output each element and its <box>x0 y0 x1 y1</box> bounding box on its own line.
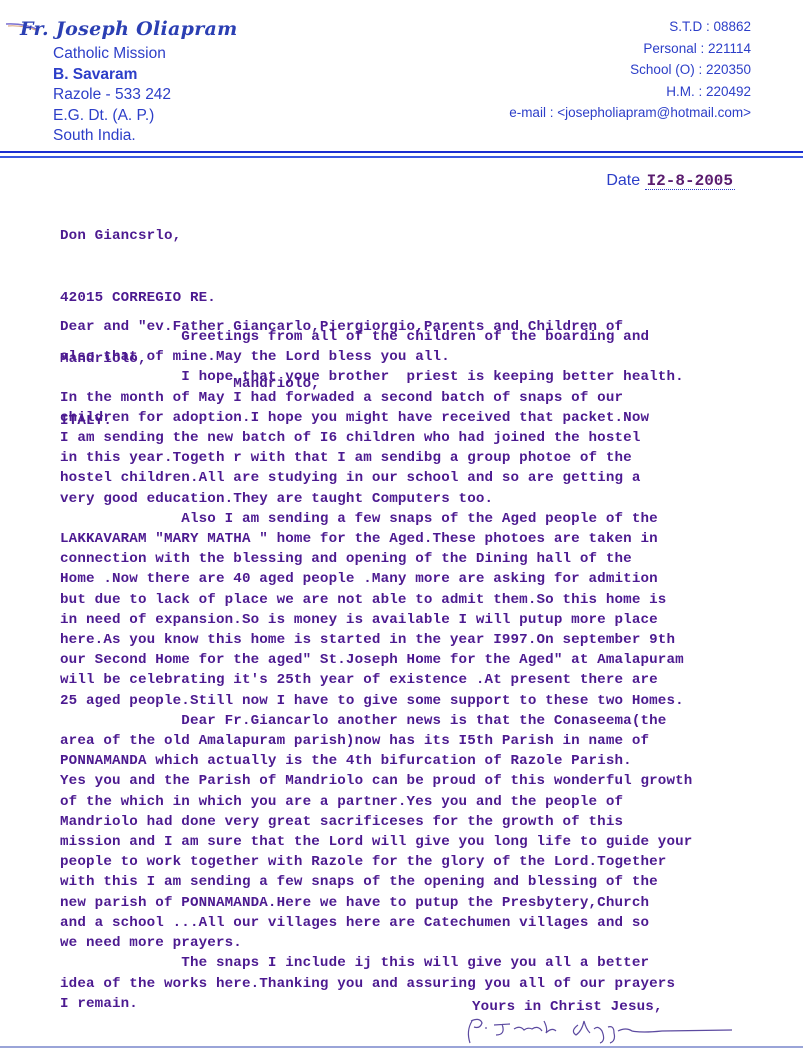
body-line: with this I am sending a few snaps of th… <box>60 872 692 892</box>
sender-address: Catholic Mission B. Savaram Razole - 533… <box>53 44 171 147</box>
sender-name: Fr. Joseph Oliapram <box>20 18 238 40</box>
body-line: people to work together with Razole for … <box>60 852 692 872</box>
body-line: Home .Now there are 40 aged people .Many… <box>60 569 692 589</box>
body-line: I hope that youe brother priest is keepi… <box>60 367 692 387</box>
body-line: and a school ...All our villages here ar… <box>60 913 692 933</box>
header-divider <box>0 151 803 153</box>
std-code: S.T.D : 08862 <box>509 16 751 38</box>
body-line: in this year.Togeth r with that I am sen… <box>60 448 692 468</box>
address-line: Razole - 533 242 <box>53 85 171 106</box>
body-line: here.As you know this home is started in… <box>60 630 692 650</box>
body-line: connection with the blessing and opening… <box>60 549 692 569</box>
body-line: new parish of PONNAMANDA.Here we have to… <box>60 893 692 913</box>
body-line: we need more prayers. <box>60 933 692 953</box>
address-line: Catholic Mission <box>53 44 171 65</box>
body-line: Greetings from all of the children of th… <box>60 327 692 347</box>
body-line: idea of the works here.Thanking you and … <box>60 974 692 994</box>
body-line: our Second Home for the aged" St.Joseph … <box>60 650 692 670</box>
closing: Yours in Christ Jesus, <box>472 999 663 1015</box>
school-phone: School (O) : 220350 <box>509 59 751 81</box>
body-line: area of the old Amalapuram parish)now ha… <box>60 731 692 751</box>
body-line: mission and I am sure that the Lord will… <box>60 832 692 852</box>
body-line: I am sending the new batch of I6 childre… <box>60 428 692 448</box>
hm-phone: H.M. : 220492 <box>509 81 751 103</box>
recipient-line: Don Giancsrlo, <box>60 226 216 247</box>
body-line: but due to lack of place we are not able… <box>60 590 692 610</box>
address-line: South India. <box>53 126 171 147</box>
body-line: Yes you and the Parish of Mandriolo can … <box>60 771 692 791</box>
body-line: will be celebrating it's 25th year of ex… <box>60 670 692 690</box>
body-line: very good education.They are taught Comp… <box>60 489 692 509</box>
body-line: LAKKAVARAM "MARY MATHA " home for the Ag… <box>60 529 692 549</box>
body-line: Also I am sending a few snaps of the Age… <box>60 509 692 529</box>
header-divider <box>0 156 803 158</box>
address-line: B. Savaram <box>53 65 171 86</box>
letter-body: Greetings from all of the children of th… <box>60 327 692 1014</box>
body-line: also that of mine.May the Lord bless you… <box>60 347 692 367</box>
date-value: I2-8-2005 <box>647 172 733 190</box>
body-line: 25 aged people.Still now I have to give … <box>60 691 692 711</box>
body-line: hostel children.All are studying in our … <box>60 468 692 488</box>
contact-info: S.T.D : 08862 Personal : 221114 School (… <box>509 16 751 124</box>
body-line: Mandriolo had done very great sacrifices… <box>60 812 692 832</box>
body-line: children for adoption.I hope you might h… <box>60 408 692 428</box>
body-line: The snaps I include ij this will give yo… <box>60 953 692 973</box>
handwritten-signature-icon <box>462 1015 782 1047</box>
date-label: Date <box>606 172 640 189</box>
date-field: Date I2-8-2005 <box>606 172 735 190</box>
body-line: PONNAMANDA which actually is the 4th bif… <box>60 751 692 771</box>
address-line: E.G. Dt. (A. P.) <box>53 106 171 127</box>
personal-phone: Personal : 221114 <box>509 38 751 60</box>
body-line: in need of expansion.So is money is avai… <box>60 610 692 630</box>
body-line: In the month of May I had forwaded a sec… <box>60 388 692 408</box>
body-line: of the which in which you are a partner.… <box>60 792 692 812</box>
body-line: Dear Fr.Giancarlo another news is that t… <box>60 711 692 731</box>
email-address: e-mail : <josepholiapram@hotmail.com> <box>509 102 751 124</box>
